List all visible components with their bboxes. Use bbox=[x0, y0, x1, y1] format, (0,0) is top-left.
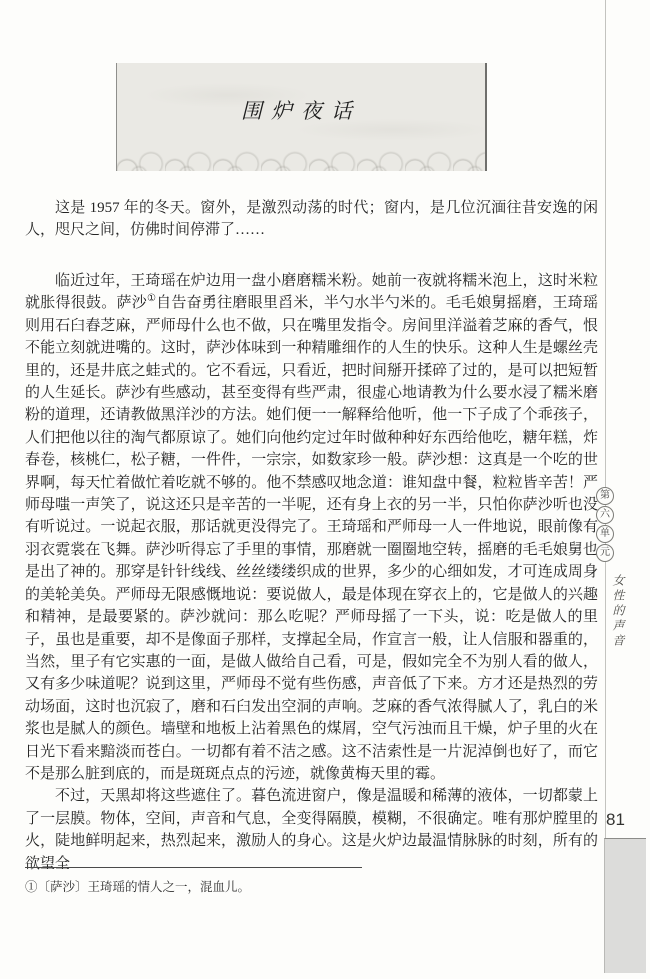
book-page: 围炉夜话 这是 1957 年的冬天。窗外，是激烈动荡的时代；窗内，是几位沉湎往昔… bbox=[0, 0, 650, 979]
footnote-marker: ① bbox=[25, 880, 38, 894]
unit-subtitle-vertical: 女性的声音 bbox=[610, 574, 627, 649]
intro-paragraph: 这是 1957 年的冬天。窗外，是激烈动荡的时代；窗内，是几位沉湎往昔安逸的闲人… bbox=[25, 197, 598, 242]
body-paragraph-2: 不过，天黑却将这些遮住了。暮色流进窗户，像是温暖和稀薄的液体，一切都蒙上了一层膜… bbox=[25, 785, 598, 875]
unit-char-circle: 单 bbox=[596, 525, 614, 543]
unit-char-circle: 第 bbox=[596, 487, 614, 505]
footnote-text: 〔萨沙〕王琦瑶的情人之一，混血儿。 bbox=[38, 880, 251, 894]
unit-label: 第 六 单 元 bbox=[596, 487, 614, 562]
page-number: 81 bbox=[606, 810, 625, 830]
intro-paragraph-block: 这是 1957 年的冬天。窗外，是激烈动荡的时代；窗内，是几位沉湎往昔安逸的闲人… bbox=[25, 197, 598, 242]
footnote: ①〔萨沙〕王琦瑶的情人之一，混血儿。 bbox=[25, 879, 565, 896]
chapter-title: 围炉夜话 bbox=[117, 63, 485, 125]
footnote-reference-mark: ① bbox=[147, 293, 156, 304]
chapter-title-box: 围炉夜话 bbox=[116, 63, 487, 171]
body-text-block: 临近过年，王琦瑶在炉边用一盘小磨磨糯米粉。她前一夜就将糯米泡上，这时米粒就胀得很… bbox=[25, 270, 598, 875]
sidebar-rule-line bbox=[605, 0, 606, 838]
wave-pattern-decoration bbox=[117, 138, 485, 171]
footnote-divider bbox=[25, 867, 362, 868]
body-paragraph-1: 临近过年，王琦瑶在炉边用一盘小磨磨糯米粉。她前一夜就将糯米泡上，这时米粒就胀得很… bbox=[25, 270, 598, 785]
unit-char-circle: 六 bbox=[596, 506, 614, 524]
page-edge-tab bbox=[604, 838, 646, 973]
unit-char-circle: 元 bbox=[596, 544, 614, 562]
body-paragraph-1-post: 自告奋勇往磨眼里舀米，半勺水半勺米的。毛毛娘舅摇磨，王琦瑶则用石臼舂芝麻，严师母… bbox=[25, 295, 598, 782]
